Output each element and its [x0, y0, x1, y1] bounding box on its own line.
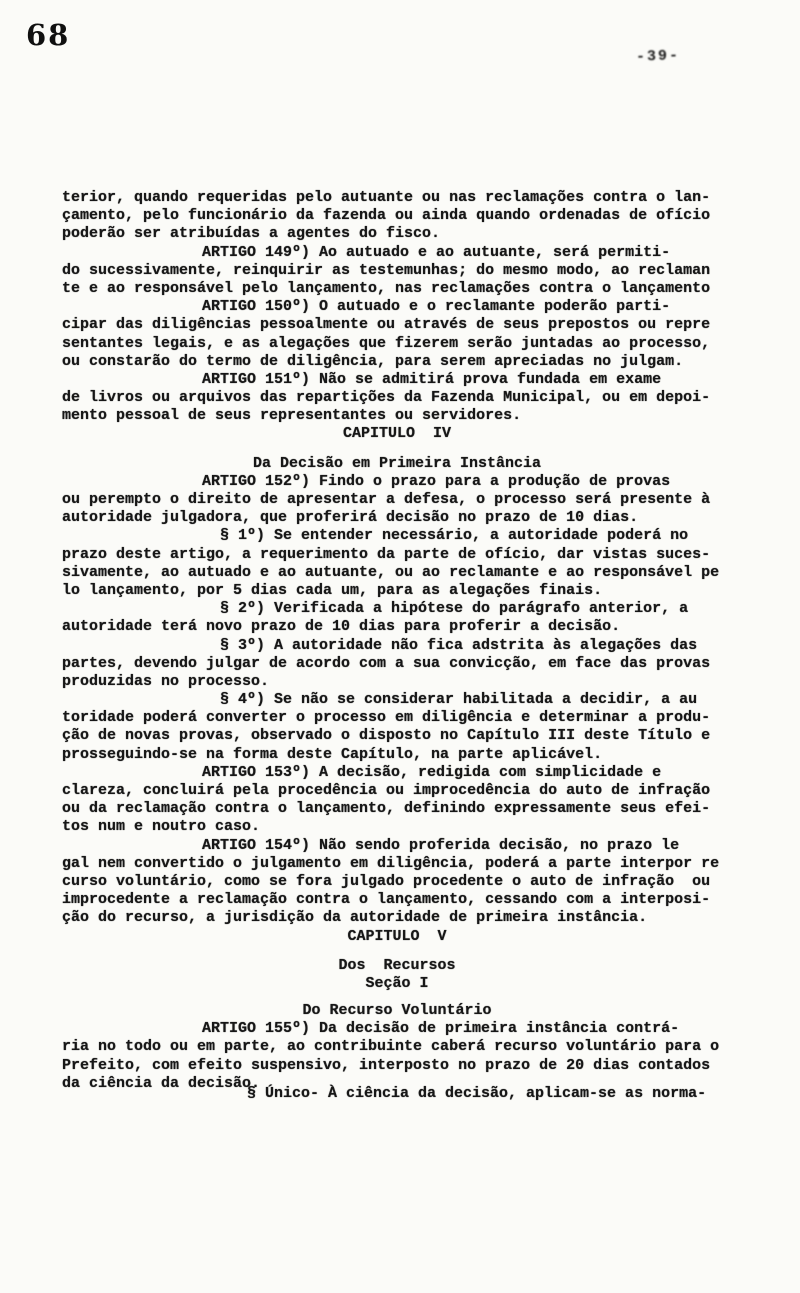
text-line: prosseguindo-se na forma deste Capítulo,…: [62, 746, 752, 764]
text-line: do sucessivamente, reinquirir as testemu…: [62, 262, 752, 280]
text-line: Prefeito, com efeito suspensivo, interpo…: [62, 1057, 752, 1075]
heading-line: CAPITULO V: [62, 928, 752, 946]
text-line: § 3º) A autoridade não fica adstrita às …: [62, 637, 752, 655]
text-line: ARTIGO 151º) Não se admitirá prova funda…: [62, 371, 752, 389]
text-line: curso voluntário, como se fora julgado p…: [62, 873, 752, 891]
text-line: § Único- À ciência da decisão, aplicam-s…: [62, 1085, 752, 1103]
text-line: çamento, pelo funcionário da fazenda ou …: [62, 207, 752, 225]
heading-line: CAPITULO IV: [62, 425, 752, 443]
text-line: ARTIGO 154º) Não sendo proferida decisão…: [62, 837, 752, 855]
text-line: prazo deste artigo, a requerimento da pa…: [62, 546, 752, 564]
text-line: § 4º) Se não se considerar habilitada a …: [62, 691, 752, 709]
text-line: gal nem convertido o julgamento em dilig…: [62, 855, 752, 873]
heading-line: Dos Recursos: [62, 957, 752, 975]
text-line: improcedente a reclamação contra o lança…: [62, 891, 752, 909]
text-line: lo lançamento, por 5 dias cada um, para …: [62, 582, 752, 600]
text-line: ou da reclamação contra o lançamento, de…: [62, 800, 752, 818]
text-line: te e ao responsável pelo lançamento, nas…: [62, 280, 752, 298]
text-line: de livros ou arquivos das repartições da…: [62, 389, 752, 407]
text-line: ARTIGO 150º) O autuado e o reclamante po…: [62, 298, 752, 316]
text-line: ou constarão do termo de diligência, par…: [62, 353, 752, 371]
text-line: ou perempto o direito de apresentar a de…: [62, 491, 752, 509]
text-line: autoridade julgadora, que proferirá deci…: [62, 509, 752, 527]
text-line: ARTIGO 149º) Ao autuado e ao autuante, s…: [62, 244, 752, 262]
text-line: terior, quando requeridas pelo autuante …: [62, 189, 752, 207]
text-line: ção do recurso, a jurisdição da autorida…: [62, 909, 752, 927]
text-line: ARTIGO 152º) Findo o prazo para a produç…: [62, 473, 752, 491]
text-line: poderão ser atribuídas a agentes do fisc…: [62, 225, 752, 243]
text-line: produzidas no processo.: [62, 673, 752, 691]
text-line: sentantes legais, e as alegações que fiz…: [62, 335, 752, 353]
heading-line: Do Recurso Voluntário: [62, 1002, 752, 1020]
text-line: § 2º) Verificada a hipótese do parágrafo…: [62, 600, 752, 618]
text-line: § 1º) Se entender necessário, a autorida…: [62, 527, 752, 545]
blank-line: [62, 946, 752, 957]
text-line: ção de novas provas, observado o dispost…: [62, 727, 752, 745]
text-line: ARTIGO 153º) A decisão, redigida com sim…: [62, 764, 752, 782]
text-line: clareza, concluirá pela procedência ou i…: [62, 782, 752, 800]
text-line: sivamente, ao autuado e ao autuante, ou …: [62, 564, 752, 582]
text-line: toridade poderá converter o processo em …: [62, 709, 752, 727]
text-line: ARTIGO 155º) Da decisão de primeira inst…: [62, 1020, 752, 1038]
blank-line: [62, 993, 752, 1002]
text-line: autoridade terá novo prazo de 10 dias pa…: [62, 618, 752, 636]
text-line: mento pessoal de seus representantes ou …: [62, 407, 752, 425]
text-line: partes, devendo julgar de acordo com a s…: [62, 655, 752, 673]
blank-line: [62, 444, 752, 455]
corner-page-mark: -39-: [636, 47, 681, 66]
heading-line: Seção I: [62, 975, 752, 993]
document-text: terior, quando requeridas pelo autuante …: [62, 189, 752, 1103]
text-line: cipar das diligências pessoalmente ou at…: [62, 316, 752, 334]
text-line: tos num e noutro caso.: [62, 818, 752, 836]
heading-line: Da Decisão em Primeira Instância: [62, 455, 752, 473]
text-line: ria no todo ou em parte, ao contribuinte…: [62, 1038, 752, 1056]
page-number: 68: [26, 18, 70, 52]
